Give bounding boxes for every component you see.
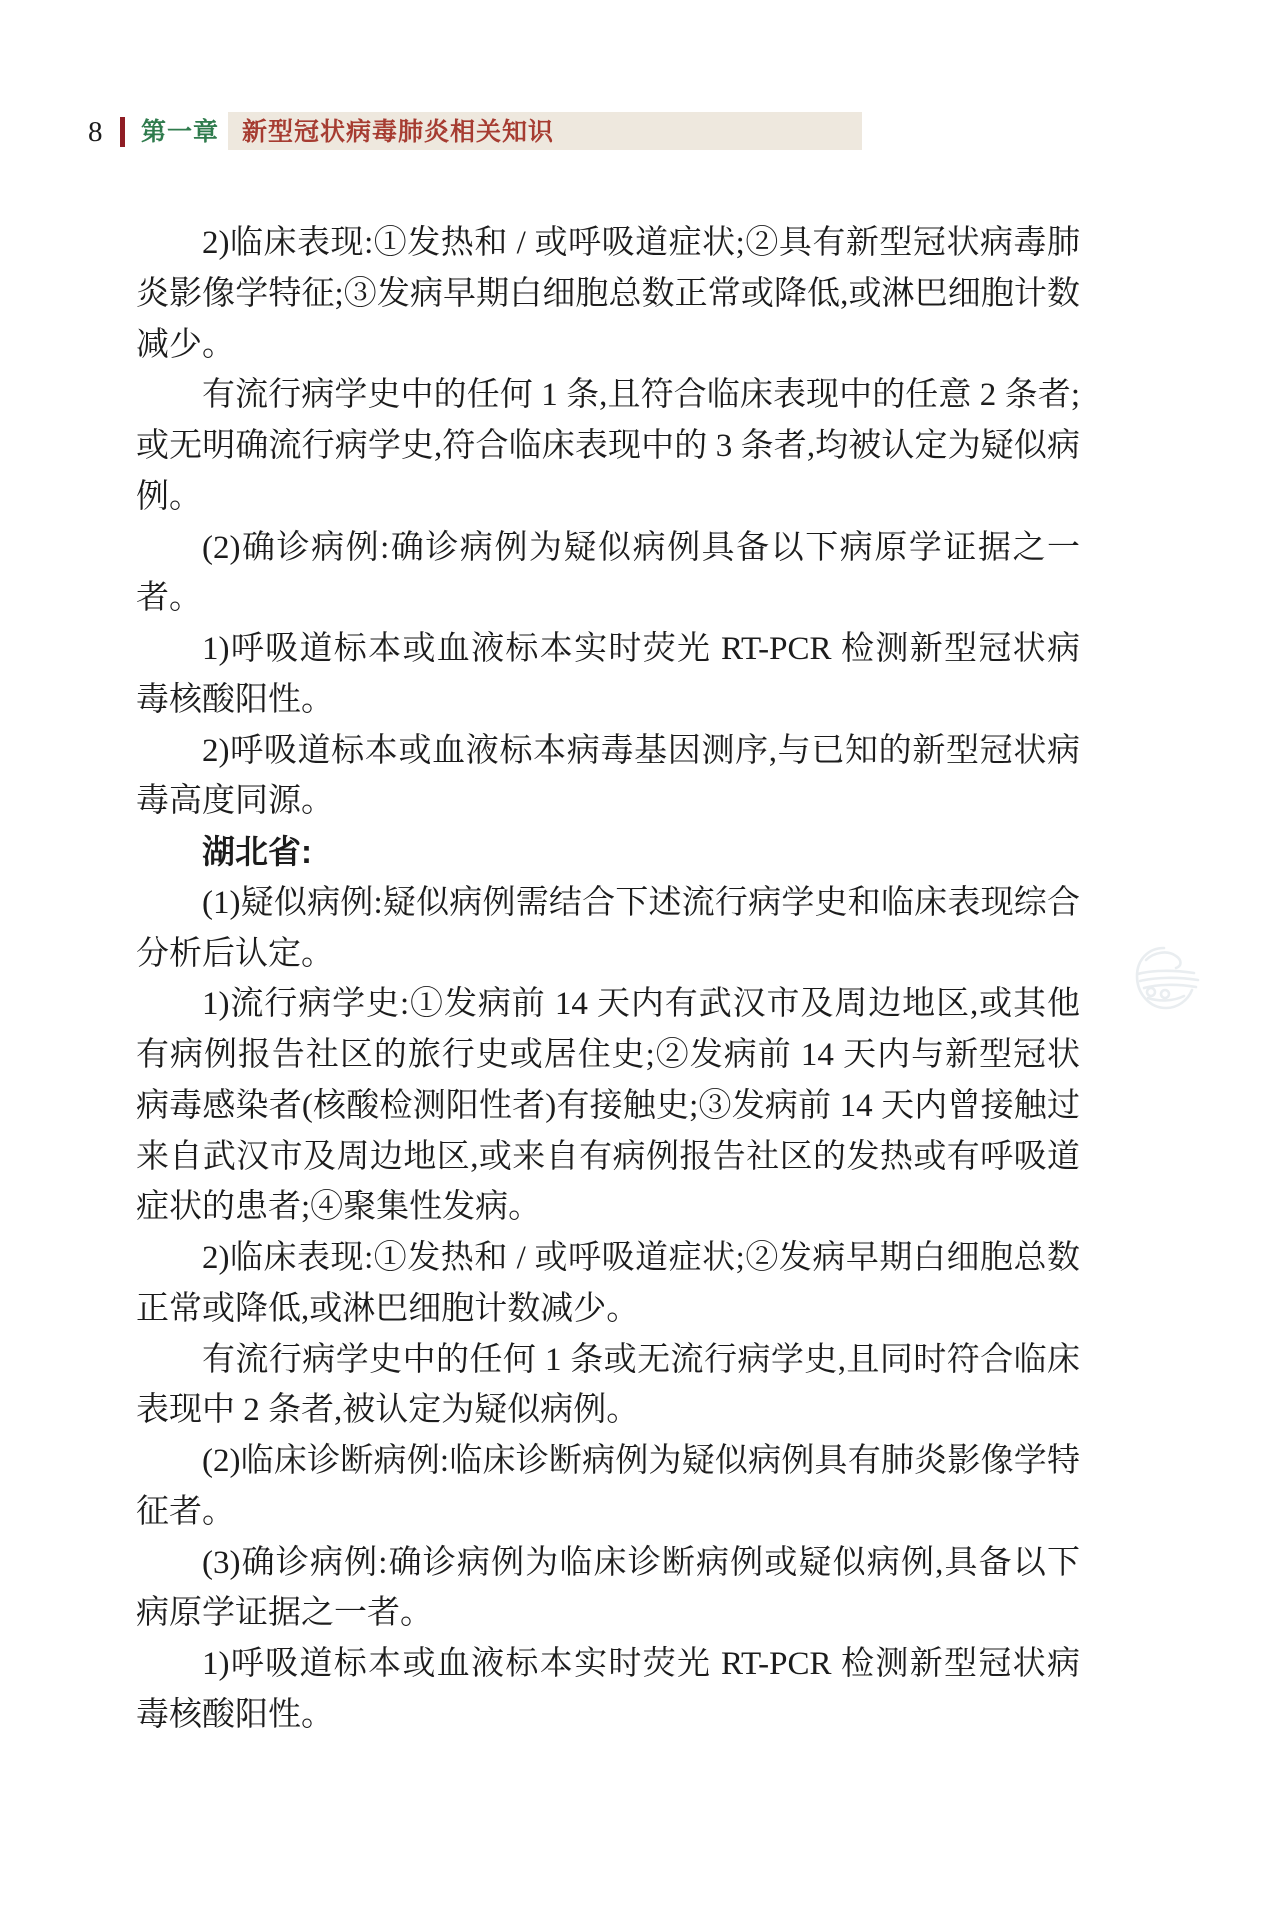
page-body: 2)临床表现:①发热和 / 或呼吸道症状;②具有新型冠状病毒肺炎影像学特征;③发… — [136, 218, 1080, 1741]
section-heading-hubei: 湖北省: — [136, 827, 1080, 878]
chapter-title-strip: 新型冠状病毒肺炎相关知识 — [228, 112, 862, 150]
paragraph: 2)呼吸道标本或血液标本病毒基因测序,与已知的新型冠状病毒高度同源。 — [136, 726, 1080, 828]
page-number: 8 — [88, 114, 103, 150]
paragraph: 有流行病学史中的任何 1 条或无流行病学史,且同时符合临床表现中 2 条者,被认… — [136, 1335, 1080, 1437]
paragraph: 2)临床表现:①发热和 / 或呼吸道症状;②具有新型冠状病毒肺炎影像学特征;③发… — [136, 218, 1080, 370]
paragraph: (2)临床诊断病例:临床诊断病例为疑似病例具有肺炎影像学特征者。 — [136, 1436, 1080, 1538]
paragraph: (1)疑似病例:疑似病例需结合下述流行病学史和临床表现综合分析后认定。 — [136, 878, 1080, 980]
chapter-label: 第一章 — [141, 117, 219, 147]
paragraph: 1)呼吸道标本或血液标本实时荧光 RT-PCR 检测新型冠状病毒核酸阳性。 — [136, 1639, 1080, 1741]
paragraph: 有流行病学史中的任何 1 条,且符合临床表现中的任意 2 条者;或无明确流行病学… — [136, 370, 1080, 522]
paragraph: 1)呼吸道标本或血液标本实时荧光 RT-PCR 检测新型冠状病毒核酸阳性。 — [136, 624, 1080, 726]
paragraph: 2)临床表现:①发热和 / 或呼吸道症状;②发病早期白细胞总数正常或降低,或淋巴… — [136, 1233, 1080, 1335]
circular-swoosh-watermark-icon — [1134, 942, 1202, 1016]
paragraph: (3)确诊病例:确诊病例为临床诊断病例或疑似病例,具备以下病原学证据之一者。 — [136, 1538, 1080, 1640]
chapter-title: 新型冠状病毒肺炎相关知识 — [242, 118, 554, 146]
page-header: 8 第一章 新型冠状病毒肺炎相关知识 — [0, 112, 1280, 152]
paragraph: (2)确诊病例:确诊病例为疑似病例具备以下病原学证据之一者。 — [136, 523, 1080, 625]
paragraph: 1)流行病学史:①发病前 14 天内有武汉市及周边地区,或其他有病例报告社区的旅… — [136, 979, 1080, 1233]
book-page: 8 第一章 新型冠状病毒肺炎相关知识 2)临床表现:①发热和 / 或呼吸道症状;… — [0, 0, 1280, 1920]
header-divider-bar — [120, 117, 125, 147]
